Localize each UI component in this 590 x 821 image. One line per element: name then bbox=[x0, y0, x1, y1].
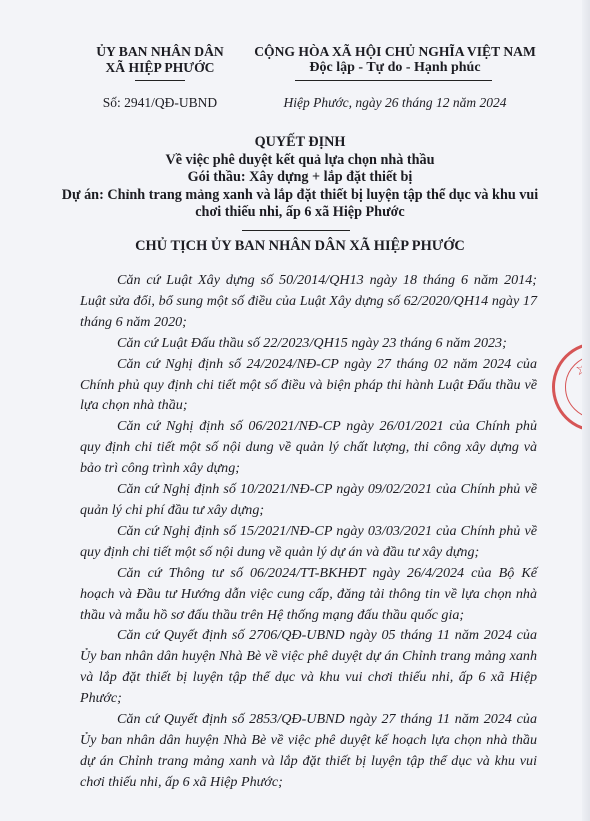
title-line-3: Gói thầu: Xây dựng + lắp đặt thiết bị bbox=[60, 169, 540, 187]
legal-basis-paragraph: Căn cứ Nghị định số 10/2021/NĐ-CP ngày 0… bbox=[80, 479, 537, 521]
title-line-1: QUYẾT ĐỊNH bbox=[60, 134, 540, 152]
issuer-line-2: XÃ HIỆP PHƯỚC bbox=[80, 60, 240, 76]
motto-underline bbox=[295, 80, 492, 81]
title-divider bbox=[242, 230, 350, 231]
issuer-line-1: ỦY BAN NHÂN DÂN bbox=[80, 44, 240, 60]
decision-title: QUYẾT ĐỊNH Về việc phê duyệt kết quả lựa… bbox=[60, 134, 540, 222]
title-line-2: Về việc phê duyệt kết quả lựa chọn nhà t… bbox=[60, 152, 540, 170]
national-motto: Độc lập - Tự do - Hạnh phúc bbox=[245, 60, 545, 76]
issuer-underline bbox=[135, 80, 185, 81]
document-page: ỦY BAN NHÂN DÂN XÃ HIỆP PHƯỚC CỘNG HÒA X… bbox=[0, 0, 590, 821]
document-number: Số: 2941/QĐ-UBND bbox=[80, 95, 240, 111]
legal-basis-paragraph: Căn cứ Nghị định số 24/2024/NĐ-CP ngày 2… bbox=[80, 354, 537, 417]
page-edge bbox=[582, 0, 590, 821]
legal-basis-paragraph: Căn cứ Luật Xây dựng số 50/2014/QH13 ngà… bbox=[80, 270, 537, 333]
legal-basis-paragraph: Căn cứ Nghị định số 06/2021/NĐ-CP ngày 2… bbox=[80, 416, 537, 479]
legal-basis-paragraph: Căn cứ Nghị định số 15/2021/NĐ-CP ngày 0… bbox=[80, 521, 537, 563]
national-header: CỘNG HÒA XÃ HỘI CHỦ NGHĨA VIỆT NAM Độc l… bbox=[245, 44, 545, 76]
national-title: CỘNG HÒA XÃ HỘI CHỦ NGHĨA VIỆT NAM bbox=[245, 44, 545, 60]
legal-basis-paragraph: Căn cứ Luật Đấu thầu số 22/2023/QH15 ngà… bbox=[80, 333, 537, 354]
legal-basis-paragraph: Căn cứ Thông tư số 06/2024/TT-BKHĐT ngày… bbox=[80, 563, 537, 626]
document-body: Căn cứ Luật Xây dựng số 50/2014/QH13 ngà… bbox=[80, 270, 537, 793]
legal-basis-paragraph: Căn cứ Quyết định số 2853/QĐ-UBND ngày 2… bbox=[80, 709, 537, 793]
authority-heading: CHỦ TỊCH ỦY BAN NHÂN DÂN XÃ HIỆP PHƯỚC bbox=[60, 238, 540, 255]
document-date: Hiệp Phước, ngày 26 tháng 12 năm 2024 bbox=[245, 95, 545, 111]
legal-basis-paragraph: Căn cứ Quyết định số 2706/QĐ-UBND ngày 0… bbox=[80, 625, 537, 709]
title-line-4: Dự án: Chỉnh trang mảng xanh và lắp đặt … bbox=[60, 187, 540, 222]
issuer-header: ỦY BAN NHÂN DÂN XÃ HIỆP PHƯỚC bbox=[80, 44, 240, 76]
